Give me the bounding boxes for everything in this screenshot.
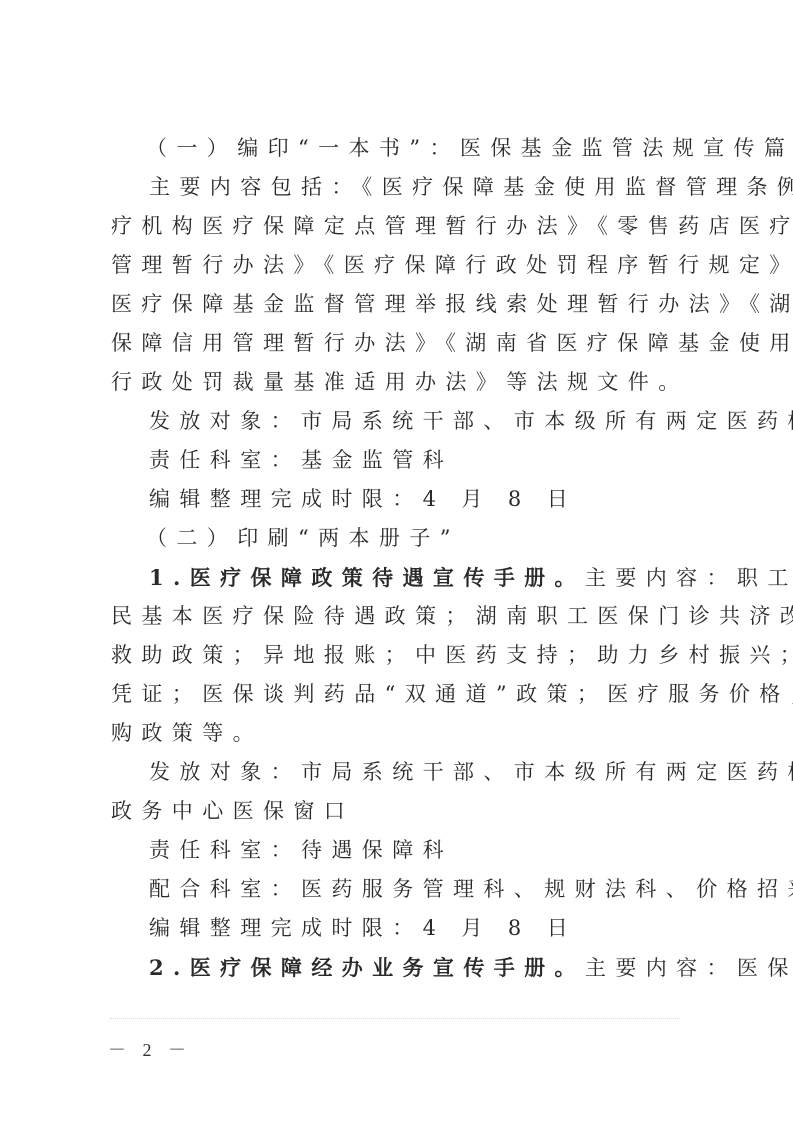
item-one-content-line: 购政策等。 [111, 714, 683, 753]
item-one-content-line: 救助政策；异地报账；中医药支持；助力乡村振兴；医保电子 [111, 636, 683, 675]
section-one-content-line: 医疗保障基金监督管理举报线索处理暂行办法》《湖南省医疗 [111, 285, 683, 324]
item-one-cooperating-dept: 配合科室：医药服务管理科、规财法科、价格招采科 [149, 870, 683, 909]
section-one-content-line: 疗机构医疗保障定点管理暂行办法》《零售药店医疗保障定点 [111, 207, 683, 246]
item-two-title: 2.医疗保障经办业务宣传手册。 [149, 955, 585, 980]
item-one-recipients-cont: 政务中心医保窗口 [111, 792, 683, 831]
item-one-title: 1.医疗保障政策待遇宣传手册。 [149, 565, 585, 590]
item-one-first-line-text: 主要内容：职工、城乡居 [585, 566, 793, 590]
section-one-content-line: 管理暂行办法》《医疗保障行政处罚程序暂行规定》《湖南省 [111, 246, 683, 285]
section-two-heading: （二）印刷“两本册子” [146, 519, 718, 558]
section-one-recipients: 发放对象：市局系统干部、市本级所有两定医药机构负责人 [149, 402, 683, 441]
item-two-first-line-text: 主要内容：医保便民服务 [585, 956, 793, 980]
item-one-deadline: 编辑整理完成时限：4 月 8 日 [149, 909, 683, 948]
footer-divider [110, 1018, 680, 1020]
section-one-content-line: 行政处罚裁量基准适用办法》等法规文件。 [111, 363, 683, 402]
item-one-content-line: 民基本医疗保险待遇政策；湖南职工医保门诊共济改革；医疗 [111, 597, 683, 636]
section-one-content-line: 主要内容包括：《医疗保障基金使用监督管理条例》《医 [149, 168, 683, 207]
item-two-first-line: 2.医疗保障经办业务宣传手册。主要内容：医保便民服务 [149, 948, 683, 987]
section-one-content-line: 保障信用管理暂行办法》《湖南省医疗保障基金使用监督管理 [111, 324, 683, 363]
item-one-content-line: 凭证；医保谈判药品“双通道”政策；医疗服务价格；招标采 [111, 675, 683, 714]
item-one-recipients: 发放对象：市局系统干部、市本级所有两定医药机构、市 [149, 753, 683, 792]
section-one-responsible-dept: 责任科室：基金监管科 [149, 441, 683, 480]
item-one-first-line: 1.医疗保障政策待遇宣传手册。主要内容：职工、城乡居 [149, 558, 683, 597]
page-number: － 2 － [108, 1036, 192, 1062]
section-one-deadline: 编辑整理完成时限：4 月 8 日 [149, 480, 683, 519]
document-page: （一）编印“一本书”：医保基金监管法规宣传篇 主要内容包括：《医疗保障基金使用监… [0, 0, 793, 1122]
section-one-heading: （一）编印“一本书”：医保基金监管法规宣传篇 [146, 129, 718, 168]
item-one-responsible-dept: 责任科室：待遇保障科 [149, 831, 683, 870]
